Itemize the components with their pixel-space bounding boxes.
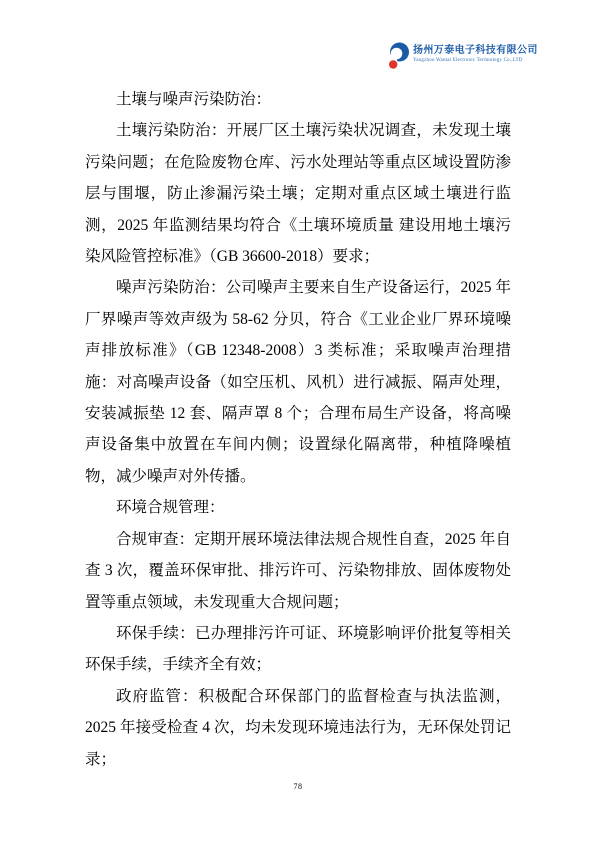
paragraph-compliance-review: 合规审查：定期开展环境法律法规合规性自查，2025 年自查 3 次，覆盖环保审批… [85, 524, 511, 618]
page-footer: 78 [0, 776, 596, 794]
paragraph-soil-noise-heading: 土壤与噪声污染防治： [85, 84, 511, 115]
company-name-zh: 扬州万泰电子科技有限公司 [413, 45, 538, 57]
paragraph-env-procedures: 环保手续：已办理排污许可证、环境影响评价批复等相关环保手续，手续齐全有效； [85, 618, 511, 681]
company-logo-icon [388, 42, 409, 70]
paragraph-compliance-heading: 环境合规管理： [85, 492, 511, 523]
company-logo-text: 扬州万泰电子科技有限公司 Yangzhou Wantai Electronic … [413, 42, 538, 64]
paragraph-gov-supervision: 政府监管：积极配合环保部门的监督检查与执法监测，2025 年接受检查 4 次，均… [85, 681, 511, 775]
document-body: 土壤与噪声污染防治： 土壤污染防治：开展厂区土壤污染状况调查，未发现土壤污染问题… [85, 84, 511, 775]
paragraph-noise-pollution: 噪声污染防治：公司噪声主要来自生产设备运行，2025 年厂界噪声等效声级为 58… [85, 272, 511, 492]
document-page: 扬州万泰电子科技有限公司 Yangzhou Wantai Electronic … [0, 0, 596, 842]
paragraph-soil-pollution: 土壤污染防治：开展厂区土壤污染状况调查，未发现土壤污染问题；在危险废物仓库、污水… [85, 115, 511, 272]
company-name-en: Yangzhou Wantai Electronic Technology Co… [413, 57, 538, 64]
page-number: 78 [294, 782, 303, 791]
company-logo: 扬州万泰电子科技有限公司 Yangzhou Wantai Electronic … [388, 42, 538, 70]
